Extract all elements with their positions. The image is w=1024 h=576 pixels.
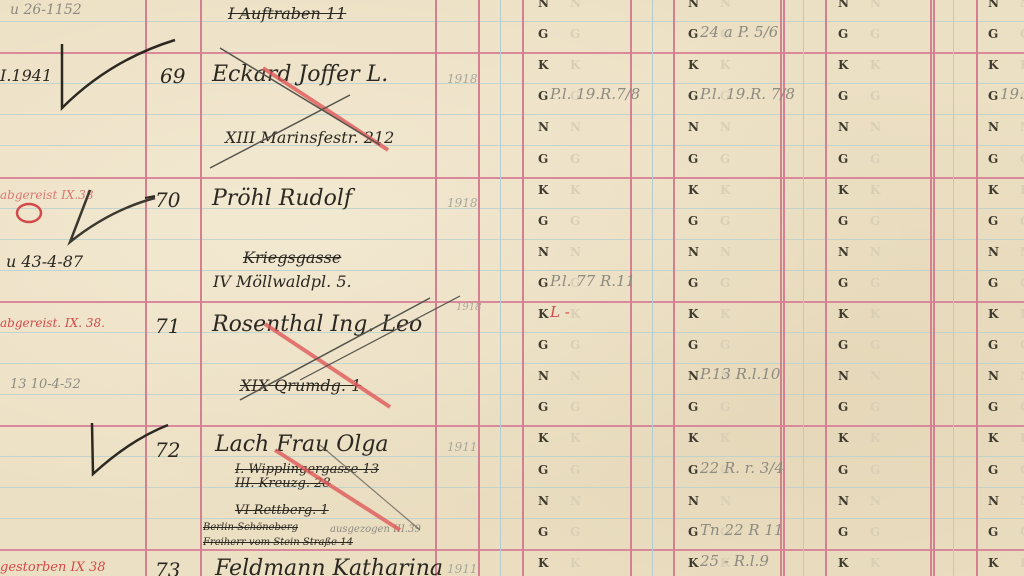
- handwritten-marks: [0, 0, 1024, 576]
- checkmark-icon: [92, 423, 168, 474]
- ledger-page: u 26-1152 I Auftraben 11 I.1941 69 Eckar…: [0, 0, 1024, 576]
- pencil-cross-line: [240, 298, 430, 400]
- pencil-cross-line: [210, 95, 350, 168]
- red-cross-line: [275, 450, 400, 530]
- pencil-cross-line: [220, 48, 380, 145]
- pencil-cross-line: [300, 296, 460, 380]
- checkmark-icon: [70, 190, 155, 242]
- red-circle-mark: [17, 204, 41, 222]
- checkmark-icon: [62, 40, 175, 108]
